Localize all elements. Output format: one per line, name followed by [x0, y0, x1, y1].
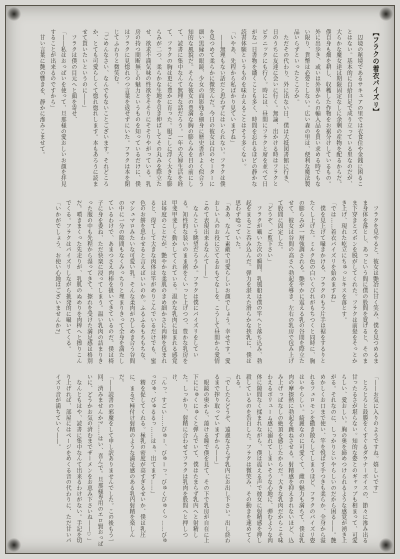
text-section-3: 「――お気に入りのようですね。嬉しいです」 とろとろと鼓膜をくすぐるダウナーボイ… — [20, 374, 380, 548]
scan-corner-mark — [379, 7, 393, 21]
scan-corner-mark — [7, 538, 21, 552]
story-text-2: フラクを見やると、彼女は艶冶に甘く笑み、僕を見つめるまま身体を落とし、あっという… — [52, 200, 380, 367]
scanned-page: 【フラクの着衣パイズリ】 辺境の秘境であるサキュアの里では衣食住や金銭に困ること… — [0, 0, 400, 559]
story-text-3: 「――お気に入りのようですね。嬉しいです」 とろとろと鼓膜をくすぐるダウナーボイ… — [52, 374, 380, 548]
scan-corner-mark — [7, 7, 21, 21]
text-section-1: 【フラクの着衣パイズリ】 辺境の秘境であるサキュアの里では衣食住や金銭に困ること… — [20, 29, 380, 189]
story-title: 【フラクの着衣パイズリ】 — [369, 29, 380, 189]
text-section-2: フラクを見やると、彼女は艶冶に甘く笑み、僕を見つめるまま身体を落とし、あっという… — [20, 200, 380, 367]
scan-border-frame: 【フラクの着衣パイズリ】 辺境の秘境であるサキュアの里では衣食住や金銭に困ること… — [5, 5, 395, 554]
scan-corner-mark — [379, 538, 393, 552]
story-text-1: 辺境の秘境であるサキュアの里では衣食住や金銭に困ることはない。基本的に自給自足で… — [36, 29, 364, 189]
